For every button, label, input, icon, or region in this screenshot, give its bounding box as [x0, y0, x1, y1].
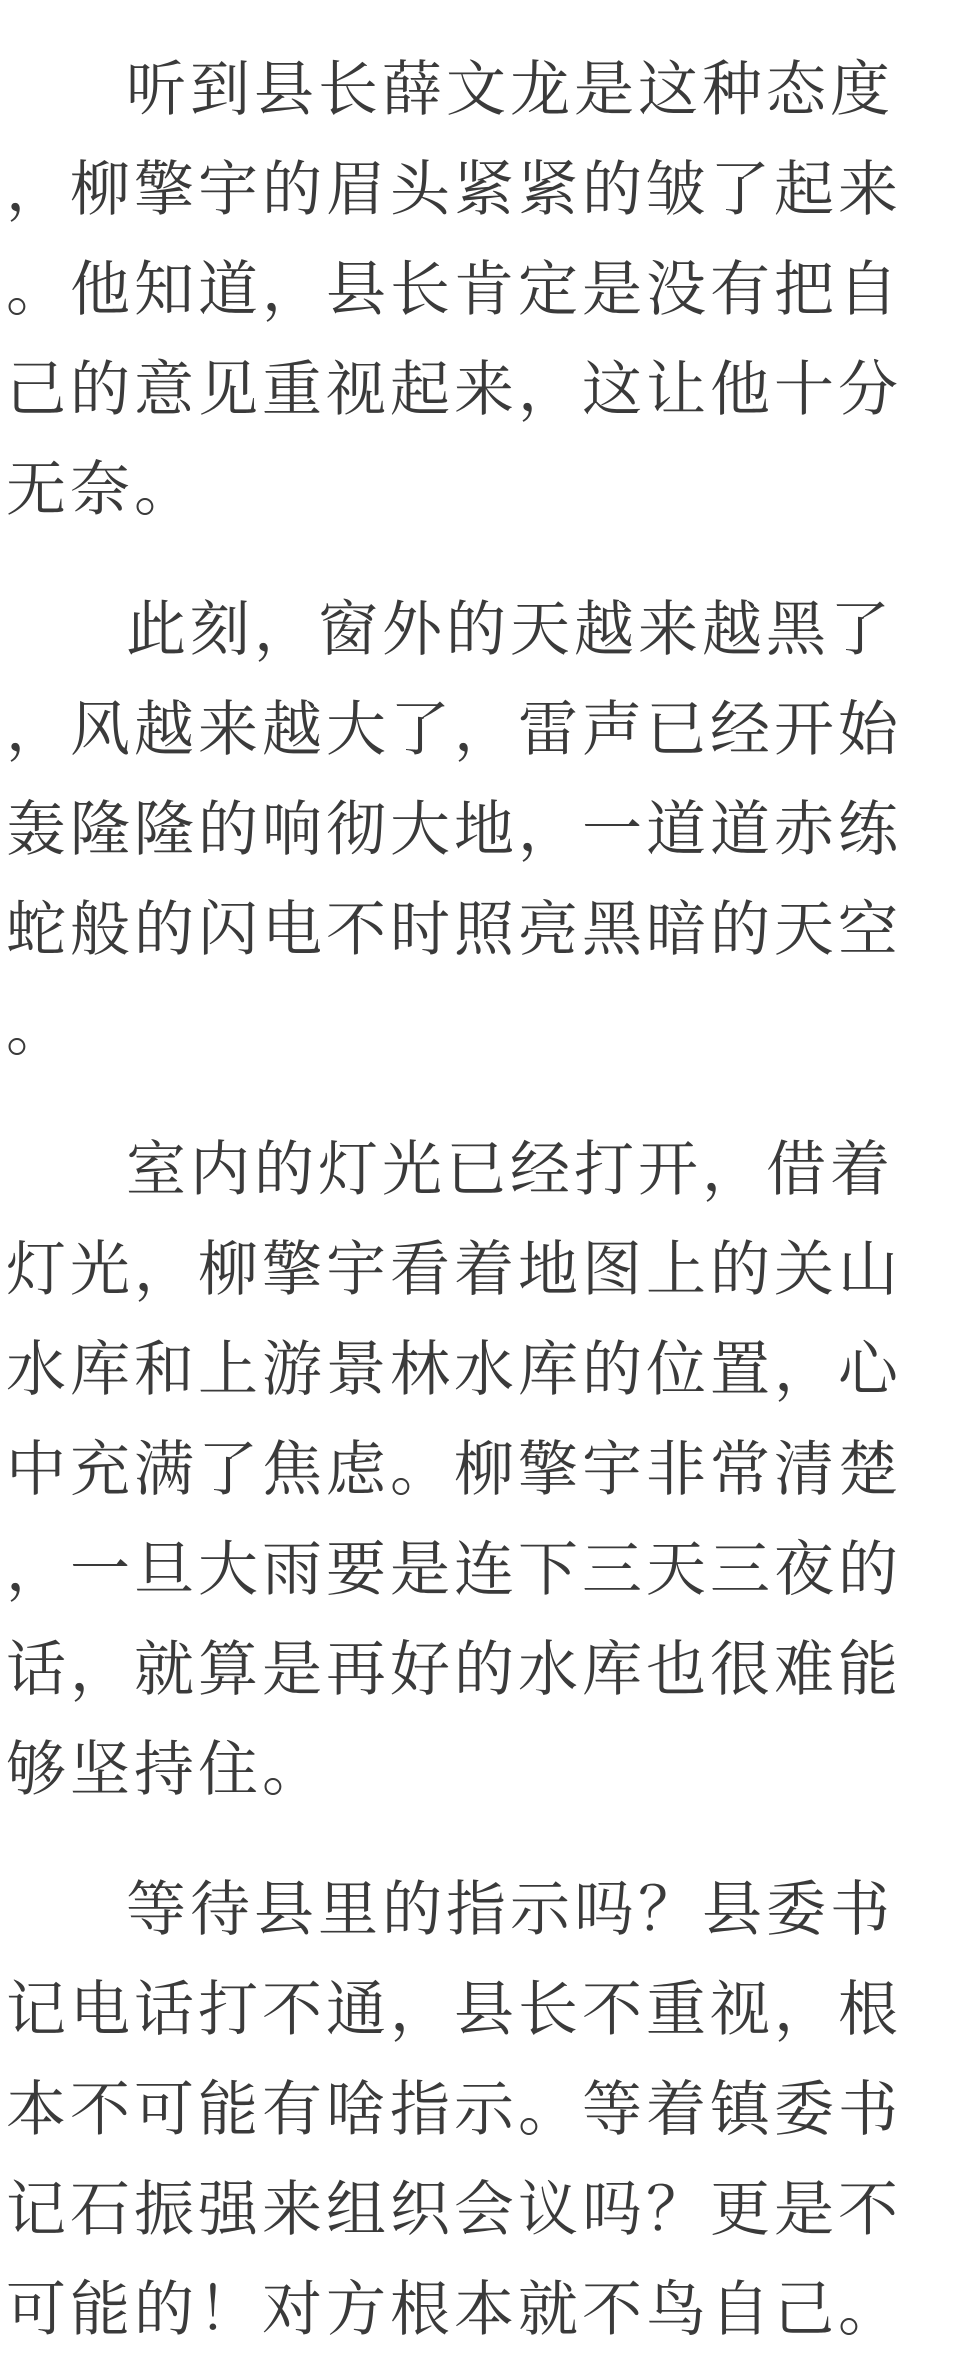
text-line: 话，就算是再好的水库也很难能	[6, 1620, 954, 1720]
text-line: 蛇般的闪电不时照亮黑暗的天空	[6, 880, 954, 980]
paragraph-4: 等待县里的指示吗？县委书 记电话打不通，县长不重视，根 本不可能有啥指示。等着镇…	[6, 1860, 954, 2360]
novel-page: 听到县长薛文龙是这种态度 ，柳擎宇的眉头紧紧的皱了起来 。他知道，县长肯定是没有…	[0, 0, 960, 2376]
text-line: 可能的！对方根本就不鸟自己。	[6, 2260, 954, 2360]
text-line: 灯光，柳擎宇看着地图上的关山	[6, 1220, 954, 1320]
text-line: 等待县里的指示吗？县委书	[6, 1860, 954, 1960]
text-line: 够坚持住。	[6, 1720, 954, 1820]
paragraph-1: 听到县长薛文龙是这种态度 ，柳擎宇的眉头紧紧的皱了起来 。他知道，县长肯定是没有…	[6, 40, 954, 540]
paragraph-3: 室内的灯光已经打开，借着 灯光，柳擎宇看着地图上的关山 水库和上游景林水库的位置…	[6, 1120, 954, 1820]
text-line: ，柳擎宇的眉头紧紧的皱了起来	[6, 140, 954, 240]
text-line: 室内的灯光已经打开，借着	[6, 1120, 954, 1220]
text-line: ，一旦大雨要是连下三天三夜的	[6, 1520, 954, 1620]
text-line: 己的意见重视起来，这让他十分	[6, 340, 954, 440]
text-line: 水库和上游景林水库的位置，心	[6, 1320, 954, 1420]
paragraph-2: 此刻，窗外的天越来越黑了 ，风越来越大了，雷声已经开始 轰隆隆的响彻大地，一道道…	[6, 580, 954, 1080]
text-line: 无奈。	[6, 440, 954, 540]
text-line: 轰隆隆的响彻大地，一道道赤练	[6, 780, 954, 880]
text-line: 。	[6, 980, 954, 1080]
text-line: 中充满了焦虑。柳擎宇非常清楚	[6, 1420, 954, 1520]
text-line: 此刻，窗外的天越来越黑了	[6, 580, 954, 680]
text-line: ，风越来越大了，雷声已经开始	[6, 680, 954, 780]
text-line: 记电话打不通，县长不重视，根	[6, 1960, 954, 2060]
text-line: 记石振强来组织会议吗？更是不	[6, 2160, 954, 2260]
text-line: 听到县长薛文龙是这种态度	[6, 40, 954, 140]
text-line: 本不可能有啥指示。等着镇委书	[6, 2060, 954, 2160]
text-line: 。他知道，县长肯定是没有把自	[6, 240, 954, 340]
